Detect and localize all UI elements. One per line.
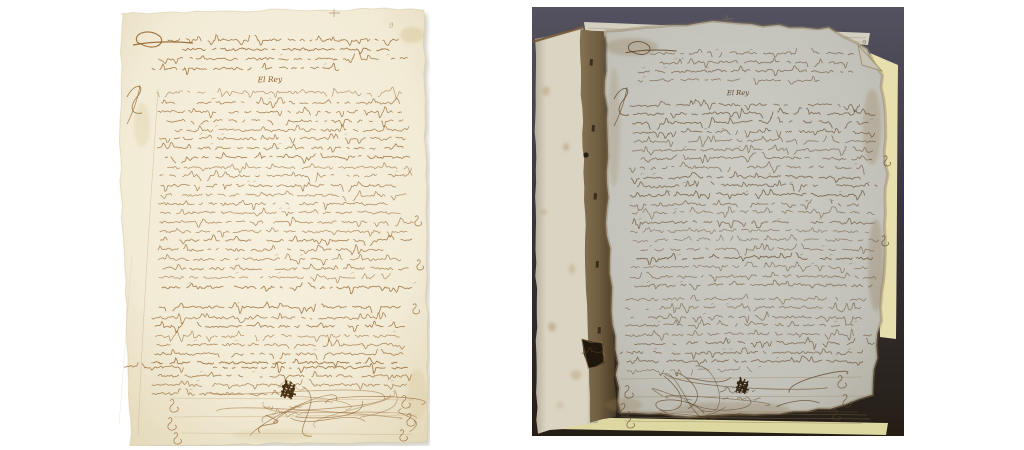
folio-number: 9 xyxy=(862,39,866,47)
manuscript-scan-svg: 9 El Rey xyxy=(112,5,430,446)
manuscript-comparison: 9 El Rey 9 El Rey xyxy=(0,0,1024,450)
manuscript-scan-figure: 9 El Rey xyxy=(112,5,430,446)
manuscript-photo-figure: 9 El Rey xyxy=(532,7,904,436)
folio-number: 9 xyxy=(389,22,394,30)
manuscript-photo-svg: 9 El Rey xyxy=(532,7,904,436)
heading-el-rey: El Rey xyxy=(257,75,284,85)
page-leaf xyxy=(120,8,429,446)
heading-el-rey: El Rey xyxy=(726,89,750,97)
